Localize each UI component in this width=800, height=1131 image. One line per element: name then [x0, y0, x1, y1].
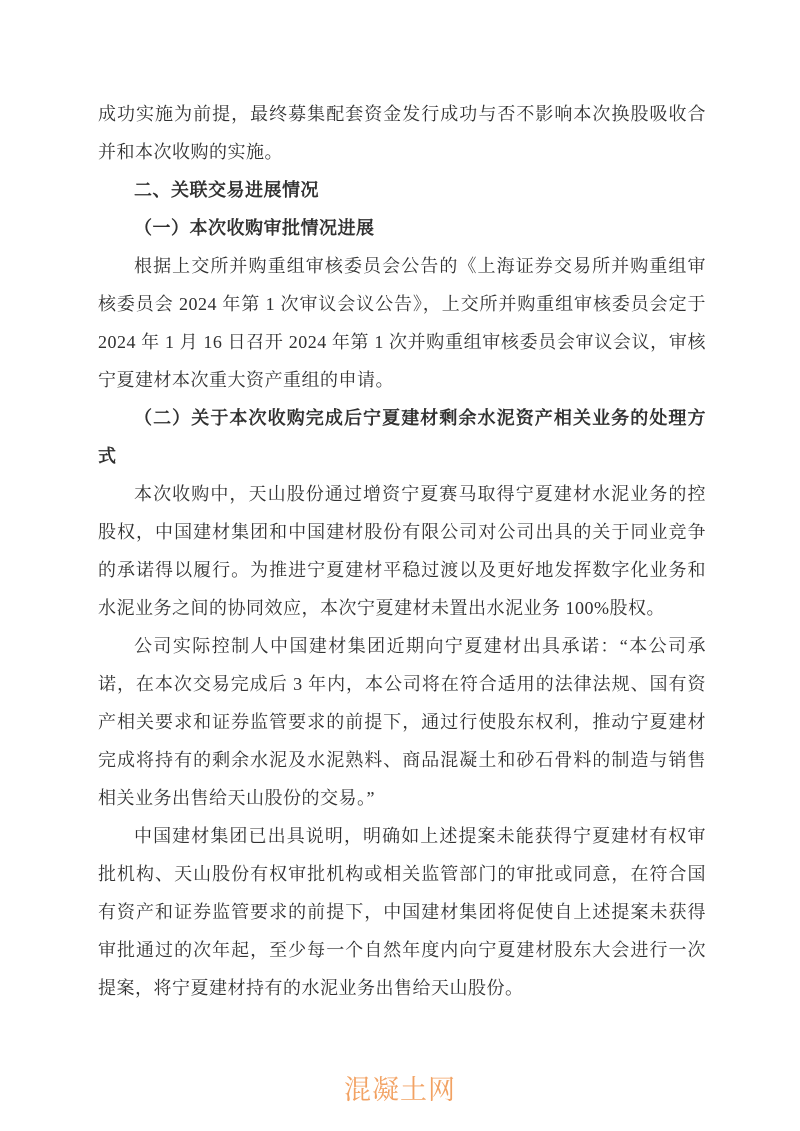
- paragraph: 根据上交所并购重组审核委员会公告的《上海证券交易所并购重组审核委员会 2024 …: [98, 247, 706, 399]
- watermark-text: 混凝土网: [0, 1068, 800, 1107]
- section-heading-related-transaction-progress: 二、关联交易进展情况: [98, 171, 706, 209]
- paragraph: 中国建材集团已出具说明，明确如上述提案未能获得宁夏建材有权审批机构、天山股份有权…: [98, 817, 706, 1007]
- document-page: 成功实施为前提，最终募集配套资金发行成功与否不影响本次换股吸收合并和本次收购的实…: [0, 0, 800, 1131]
- paragraph: 公司实际控制人中国建材集团近期向宁夏建材出具承诺：“本公司承诺，在本次交易完成后…: [98, 627, 706, 817]
- subsection-heading-approval-progress: （一）本次收购审批情况进展: [98, 209, 706, 247]
- paragraph: 本次收购中，天山股份通过增资宁夏赛马取得宁夏建材水泥业务的控股权，中国建材集团和…: [98, 475, 706, 627]
- document-body: 成功实施为前提，最终募集配套资金发行成功与否不影响本次换股吸收合并和本次收购的实…: [98, 95, 706, 1007]
- paragraph: 成功实施为前提，最终募集配套资金发行成功与否不影响本次换股吸收合并和本次收购的实…: [98, 95, 706, 171]
- subsection-heading-remaining-cement-assets: （二）关于本次收购完成后宁夏建材剩余水泥资产相关业务的处理方式: [98, 399, 706, 475]
